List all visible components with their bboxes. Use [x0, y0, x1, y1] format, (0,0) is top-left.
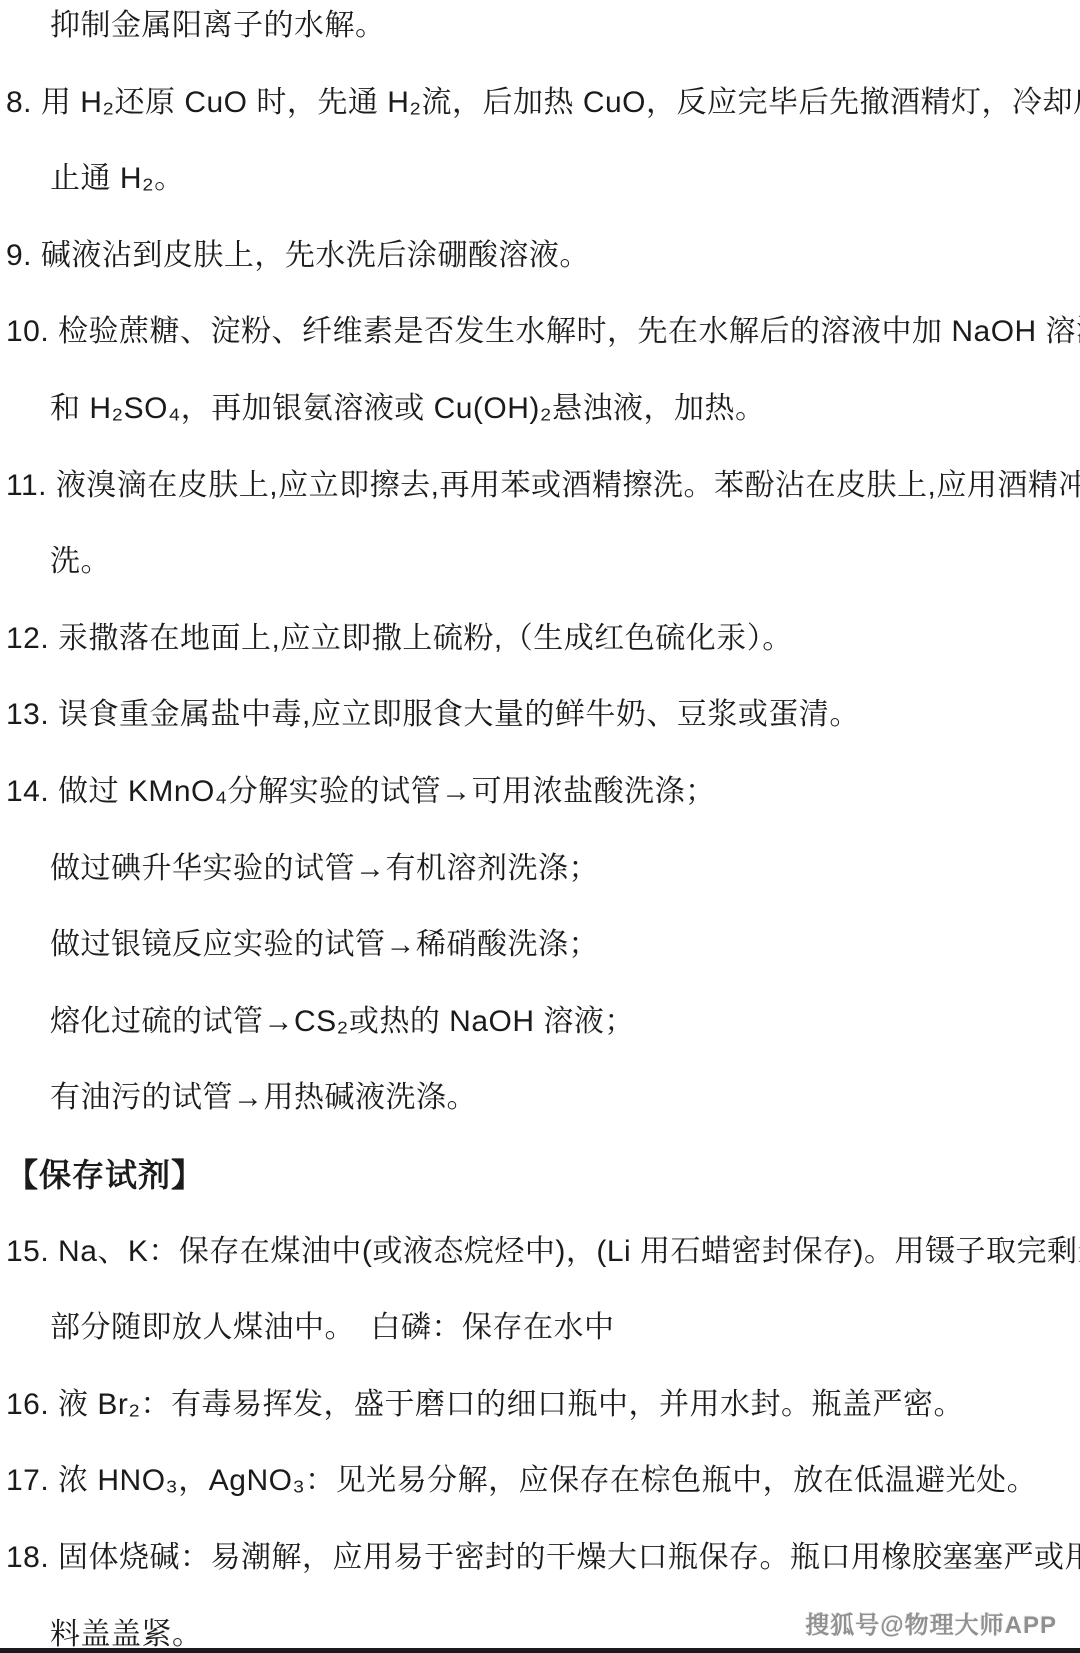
text-line: 8. 用 H₂还原 CuO 时，先通 H₂流，后加热 CuO，反应完毕后先撤酒精… — [6, 82, 1080, 124]
text-line: 洗。 — [50, 541, 111, 583]
text-line: 16. 液 Br₂：有毒易挥发，盛于磨口的细口瓶中，并用水封。瓶盖严密。 — [6, 1384, 964, 1426]
text-line: 熔化过硫的试管→CS₂或热的 NaOH 溶液； — [50, 1001, 635, 1043]
text-line: 10. 检验蔗糖、淀粉、纤维素是否发生水解时，先在水解后的溶液中加 NaOH 溶… — [6, 311, 1080, 353]
text-line: 做过银镜反应实验的试管→稀硝酸洗涤； — [50, 924, 599, 966]
text-line: 15. Na、K：保存在煤油中(或液态烷烃中)，(Li 用石蜡密封保存)。用镊子… — [6, 1231, 1080, 1273]
text-line: 部分随即放人煤油中。 白磷：保存在水中 — [50, 1307, 615, 1349]
text-line: 12. 汞撒落在地面上,应立即撒上硫粉,（生成红色硫化汞）。 — [6, 618, 793, 660]
text-line: 有油污的试管→用热碱液洗涤。 — [50, 1077, 477, 1119]
document-page: 抑制金属阳离子的水解。8. 用 H₂还原 CuO 时，先通 H₂流，后加热 Cu… — [0, 0, 1080, 1653]
watermark: 搜狐号@物理大师APP — [805, 1605, 1057, 1640]
text-line: 和 H₂SO₄，再加银氨溶液或 Cu(OH)₂悬浊液，加热。 — [50, 388, 766, 430]
text-line: 做过碘升华实验的试管→有机溶剂洗涤； — [50, 848, 599, 890]
text-line: 止通 H₂。 — [50, 158, 185, 200]
text-line: 17. 浓 HNO₃，AgNO₃：见光易分解，应保存在棕色瓶中，放在低温避光处。 — [6, 1460, 1037, 1502]
text-line: 抑制金属阳离子的水解。 — [50, 5, 386, 47]
section-heading: 【保存试剂】 — [6, 1154, 204, 1196]
text-line: 9. 碱液沾到皮肤上，先水洗后涂硼酸溶液。 — [6, 235, 590, 277]
text-line: 18. 固体烧碱：易潮解，应用易于密封的干燥大口瓶保存。瓶口用橡胶塞塞严或用塑 — [6, 1537, 1080, 1579]
text-line: 11. 液溴滴在皮肤上,应立即擦去,再用苯或酒精擦洗。苯酚沾在皮肤上,应用酒精冲 — [6, 465, 1080, 507]
text-line: 13. 误食重金属盐中毒,应立即服食大量的鲜牛奶、豆浆或蛋清。 — [6, 694, 860, 736]
text-line: 14. 做过 KMnO₄分解实验的试管→可用浓盐酸洗涤； — [6, 771, 716, 813]
bottom-edge-bar — [0, 1648, 1080, 1653]
